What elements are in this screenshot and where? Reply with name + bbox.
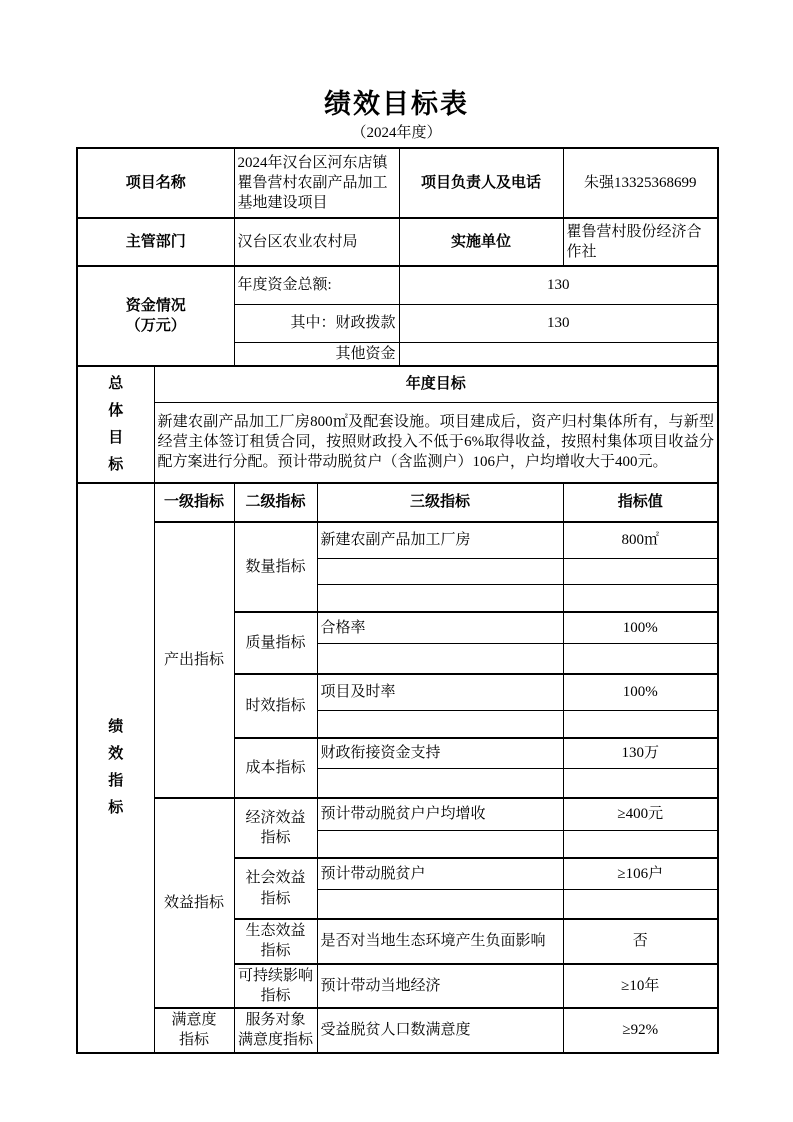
indicator-l3-cell — [317, 584, 563, 612]
indicator-l3-cell: 预计带动当地经济 — [317, 964, 563, 1009]
indicator-value-cell — [563, 889, 718, 919]
indicator-l3-cell: 预计带动脱贫户 — [317, 858, 563, 889]
annual-goal-header-cell: 年度目标 — [154, 366, 718, 402]
indicator-l3-cell — [317, 830, 563, 858]
document-page: 绩效目标表 （2024年度） 项目名称 2024年汉台区河东店镇瞿鲁营村农副产品… — [0, 0, 793, 1122]
indicator-value-cell: 130万 — [563, 738, 718, 768]
level2-quality-cell: 质量指标 — [234, 612, 317, 674]
indicator-l3-cell — [317, 768, 563, 798]
annual-goal-body-cell: 新建农副产品加工厂房800㎡及配套设施。项目建成后，资产归村集体所有，与新型经营… — [154, 402, 718, 483]
funding-label-cell: 资金情况 （万元） — [77, 266, 234, 366]
level2-service-cell: 服务对象 满意度指标 — [234, 1008, 317, 1053]
funding-fiscal-value-cell: 130 — [399, 304, 718, 342]
overall-goal-side-label: 总体目标 — [107, 371, 125, 479]
impl-label-cell: 实施单位 — [399, 218, 563, 266]
funding-total-row: 资金情况 （万元） 年度资金总额: 130 — [77, 266, 718, 304]
level2-cost-cell: 成本指标 — [234, 738, 317, 798]
indicators-side-label: 绩效指标 — [107, 714, 125, 822]
indicator-l3-cell: 新建农副产品加工厂房 — [317, 522, 563, 558]
indicator-l3-cell: 财政衔接资金支持 — [317, 738, 563, 768]
indicator-l3-cell — [317, 889, 563, 919]
level2-sustainable-cell: 可持续影响 指标 — [234, 964, 317, 1009]
level2-social-cell: 社会效益 指标 — [234, 858, 317, 919]
funding-total-label-cell: 年度资金总额: — [234, 266, 399, 304]
indicator-value-cell: ≥92% — [563, 1008, 718, 1053]
indicator-row: 满意度 指标 服务对象 满意度指标 受益脱贫人口数满意度 ≥92% — [77, 1008, 718, 1053]
funding-total-value-cell: 130 — [399, 266, 718, 304]
indicator-value-cell — [563, 643, 718, 674]
level2-timeliness-cell: 时效指标 — [234, 674, 317, 738]
indicator-row: 产出指标 数量指标 新建农副产品加工厂房 800㎡ — [77, 522, 718, 558]
dept-label-cell: 主管部门 — [77, 218, 234, 266]
indicator-value-cell: 100% — [563, 674, 718, 710]
indicator-l3-cell: 受益脱贫人口数满意度 — [317, 1008, 563, 1053]
header-level3-cell: 三级指标 — [317, 483, 563, 522]
indicator-value-cell: 否 — [563, 919, 718, 964]
department-row: 主管部门 汉台区农业农村局 实施单位 瞿鲁营村股份经济合作社 — [77, 218, 718, 266]
project-name-label-cell: 项目名称 — [77, 148, 234, 218]
leader-label-cell: 项目负责人及电话 — [399, 148, 563, 218]
level1-benefit-cell: 效益指标 — [154, 798, 234, 1008]
indicator-value-cell: ≥106户 — [563, 858, 718, 889]
indicator-value-cell: 100% — [563, 612, 718, 643]
indicator-value-cell — [563, 768, 718, 798]
project-name-cell: 2024年汉台区河东店镇瞿鲁营村农副产品加工基地建设项目 — [234, 148, 399, 218]
level2-ecological-cell: 生态效益 指标 — [234, 919, 317, 964]
level2-economic-cell: 经济效益 指标 — [234, 798, 317, 858]
annual-goal-body-row: 新建农副产品加工厂房800㎡及配套设施。项目建成后，资产归村集体所有，与新型经营… — [77, 402, 718, 483]
indicator-value-cell: ≥10年 — [563, 964, 718, 1009]
indicator-l3-cell — [317, 558, 563, 584]
page-title: 绩效目标表 — [0, 82, 793, 121]
indicators-header-row: 绩效指标 一级指标 二级指标 三级指标 指标值 — [77, 483, 718, 522]
indicator-value-cell — [563, 558, 718, 584]
indicator-l3-cell — [317, 710, 563, 738]
level1-output-cell: 产出指标 — [154, 522, 234, 798]
project-name-row: 项目名称 2024年汉台区河东店镇瞿鲁营村农副产品加工基地建设项目 项目负责人及… — [77, 148, 718, 218]
indicators-side-cell: 绩效指标 — [77, 483, 154, 1053]
indicator-l3-cell — [317, 643, 563, 674]
indicator-value-cell — [563, 710, 718, 738]
level2-quantity-cell: 数量指标 — [234, 522, 317, 612]
header-level2-cell: 二级指标 — [234, 483, 317, 522]
indicator-value-cell — [563, 584, 718, 612]
indicator-value-cell — [563, 830, 718, 858]
indicator-l3-cell: 合格率 — [317, 612, 563, 643]
indicator-value-cell: 800㎡ — [563, 522, 718, 558]
indicator-l3-cell: 是否对当地生态环境产生负面影响 — [317, 919, 563, 964]
funding-fiscal-label-cell: 其中：财政拨款 — [234, 304, 399, 342]
indicator-value-cell: ≥400元 — [563, 798, 718, 830]
overall-goal-side-cell: 总体目标 — [77, 366, 154, 483]
indicator-l3-cell: 项目及时率 — [317, 674, 563, 710]
header-value-cell: 指标值 — [563, 483, 718, 522]
page-subtitle: （2024年度） — [0, 121, 793, 142]
funding-other-label-cell: 其他资金 — [234, 342, 399, 366]
indicator-l3-cell: 预计带动脱贫户户均增收 — [317, 798, 563, 830]
leader-cell: 朱强13325368699 — [563, 148, 718, 218]
dept-cell: 汉台区农业农村局 — [234, 218, 399, 266]
level1-satisfaction-cell: 满意度 指标 — [154, 1008, 234, 1053]
header-level1-cell: 一级指标 — [154, 483, 234, 522]
impl-cell: 瞿鲁营村股份经济合作社 — [563, 218, 718, 266]
indicator-row: 效益指标 经济效益 指标 预计带动脱贫户户均增收 ≥400元 — [77, 798, 718, 830]
funding-other-value-cell — [399, 342, 718, 366]
annual-goal-header-row: 总体目标 年度目标 — [77, 366, 718, 402]
performance-target-table: 项目名称 2024年汉台区河东店镇瞿鲁营村农副产品加工基地建设项目 项目负责人及… — [76, 147, 719, 1054]
